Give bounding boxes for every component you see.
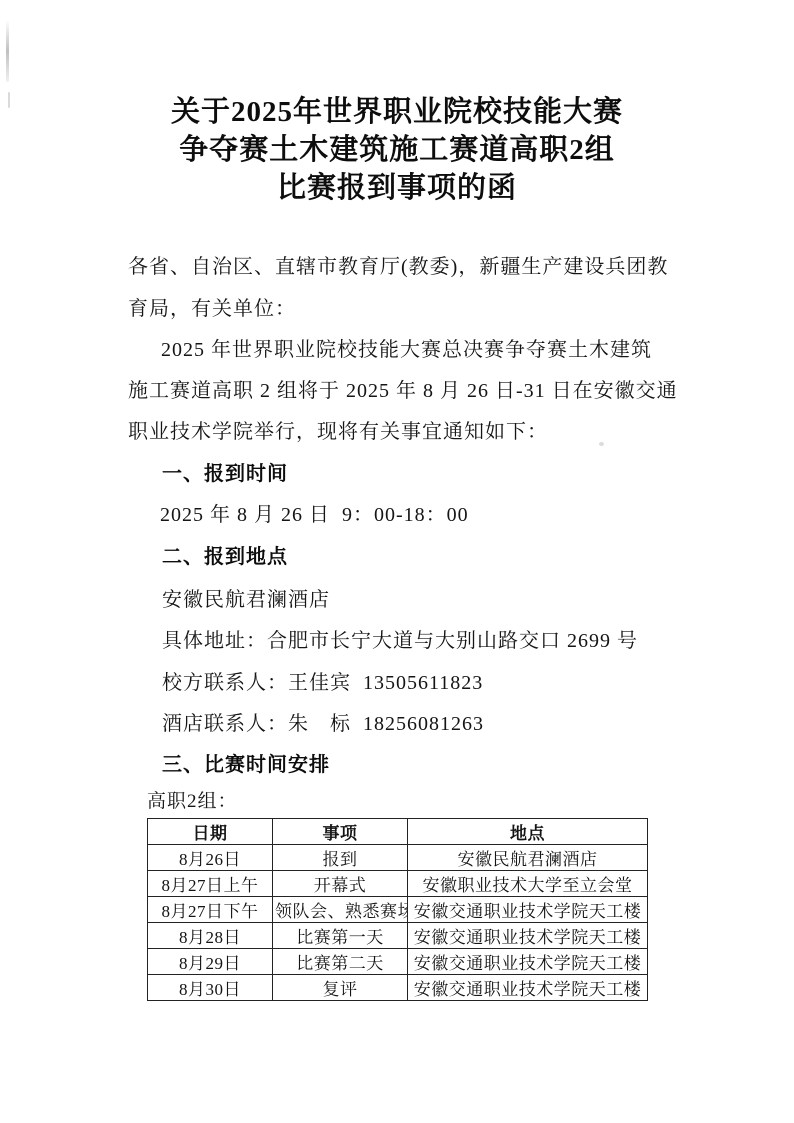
- cell-event: 比赛第一天: [273, 923, 408, 949]
- cell-event: 领队会、熟悉赛场: [273, 897, 408, 923]
- title-line-1: 关于2025年世界职业院校技能大赛: [0, 93, 794, 131]
- section3-group-label: 高职2组：: [147, 790, 238, 814]
- scan-artifact-streak: [6, 20, 9, 82]
- cell-date: 8月29日: [148, 949, 273, 975]
- cell-place: 安徽民航君澜酒店: [408, 845, 648, 871]
- document-title: 关于2025年世界职业院校技能大赛 争夺赛土木建筑施工赛道高职2组 比赛报到事项…: [0, 93, 794, 207]
- cell-date: 8月27日上午: [148, 871, 273, 897]
- title-line-2: 争夺赛土木建筑施工赛道高职2组: [0, 131, 794, 169]
- table-header-row: 日期 事项 地点: [148, 819, 648, 845]
- intro-line-1: 2025 年世界职业院校技能大赛总决赛争夺赛土木建筑: [161, 338, 652, 362]
- section1-heading: 一、报到时间: [162, 461, 288, 485]
- cell-date: 8月30日: [148, 975, 273, 1001]
- intro-line-3: 职业技术学院举行，现将有关事宜通知如下：: [128, 420, 548, 444]
- section2-hotel-contact: 酒店联系人：朱 标 18256081263: [162, 712, 484, 736]
- scanned-document-page: 关于2025年世界职业院校技能大赛 争夺赛土木建筑施工赛道高职2组 比赛报到事项…: [0, 0, 794, 1123]
- cell-place: 安徽交通职业技术学院天工楼: [408, 949, 648, 975]
- table-row: 8月27日上午 开幕式 安徽职业技术大学至立会堂: [148, 871, 648, 897]
- section3-heading: 三、比赛时间安排: [162, 752, 330, 776]
- cell-event: 开幕式: [273, 871, 408, 897]
- table-row: 8月29日 比赛第二天 安徽交通职业技术学院天工楼: [148, 949, 648, 975]
- salutation-line-1: 各省、自治区、直辖市教育厅(教委)，新疆生产建设兵团教: [128, 255, 668, 279]
- cell-place: 安徽交通职业技术学院天工楼: [408, 897, 648, 923]
- cell-date: 8月26日: [148, 845, 273, 871]
- schedule-table: 日期 事项 地点 8月26日 报到 安徽民航君澜酒店 8月27日上午 开幕式 安…: [147, 818, 648, 1001]
- section2-school-contact: 校方联系人：王佳宾 13505611823: [162, 671, 483, 695]
- cell-date: 8月28日: [148, 923, 273, 949]
- section1-time: 2025 年 8 月 26 日 9：00-18：00: [160, 503, 469, 527]
- salutation-line-2: 育局，有关单位：: [128, 297, 296, 321]
- cell-place: 安徽交通职业技术学院天工楼: [408, 923, 648, 949]
- cell-place: 安徽交通职业技术学院天工楼: [408, 975, 648, 1001]
- cell-event: 复评: [273, 975, 408, 1001]
- scan-artifact-dot: [599, 442, 604, 446]
- section2-hotel-name: 安徽民航君澜酒店: [162, 588, 330, 612]
- cell-place: 安徽职业技术大学至立会堂: [408, 871, 648, 897]
- section2-address: 具体地址：合肥市长宁大道与大别山路交口 2699 号: [162, 629, 638, 653]
- table-row: 8月26日 报到 安徽民航君澜酒店: [148, 845, 648, 871]
- table-row: 8月30日 复评 安徽交通职业技术学院天工楼: [148, 975, 648, 1001]
- table-row: 8月28日 比赛第一天 安徽交通职业技术学院天工楼: [148, 923, 648, 949]
- cell-event: 比赛第二天: [273, 949, 408, 975]
- cell-date: 8月27日下午: [148, 897, 273, 923]
- title-line-3: 比赛报到事项的函: [0, 169, 794, 207]
- table-header-place: 地点: [408, 819, 648, 845]
- table-row: 8月27日下午 领队会、熟悉赛场 安徽交通职业技术学院天工楼: [148, 897, 648, 923]
- table-header-event: 事项: [273, 819, 408, 845]
- intro-line-2: 施工赛道高职 2 组将于 2025 年 8 月 26 日-31 日在安徽交通: [128, 379, 678, 403]
- cell-event: 报到: [273, 845, 408, 871]
- section2-heading: 二、报到地点: [162, 544, 288, 568]
- table-header-date: 日期: [148, 819, 273, 845]
